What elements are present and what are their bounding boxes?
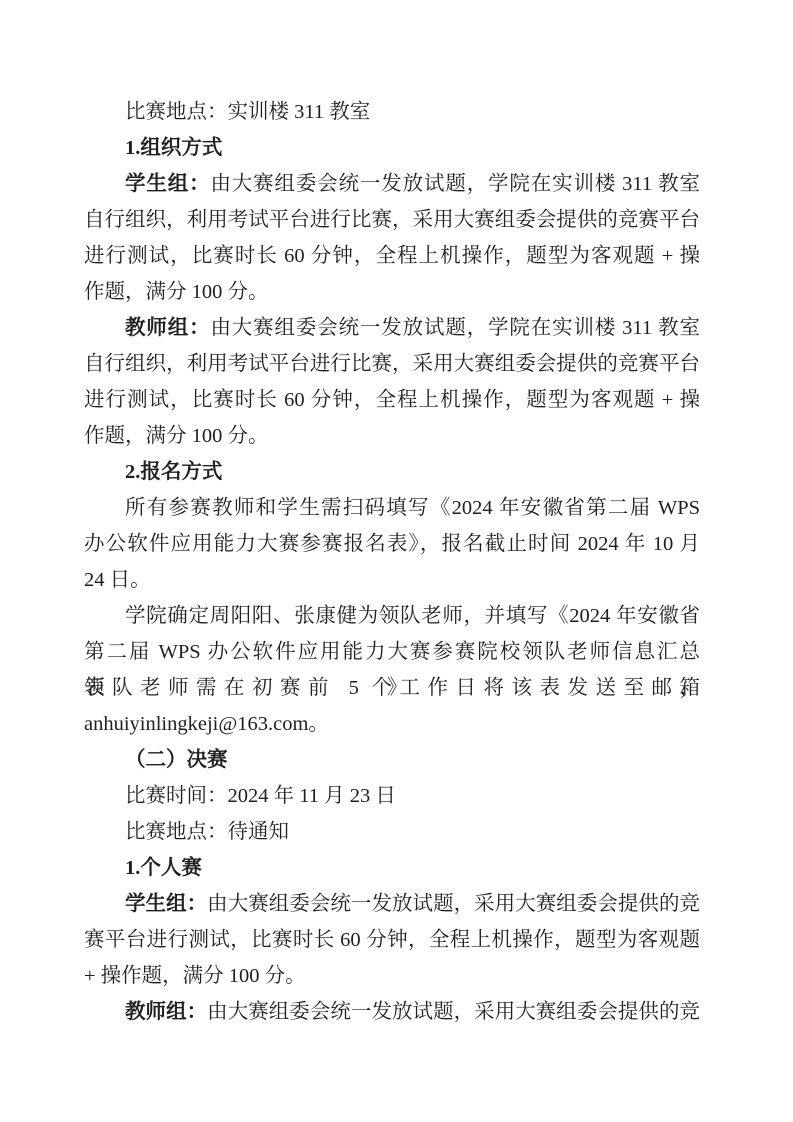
text-line: 学生组：由大赛组委会统一发放试题，学院在实训楼 311 教室 xyxy=(84,166,700,202)
text-line: 比赛地点：实训楼 311 教室 xyxy=(84,94,700,130)
text-line: 1.个人赛 xyxy=(84,850,700,886)
bold-text-segment: （二）决赛 xyxy=(125,749,228,771)
body-text-segment: 作题，满分 100 分。 xyxy=(84,425,269,447)
text-line: 进行测试，比赛时长 60 分钟，全程上机操作，题型为客观题 + 操 xyxy=(84,382,700,418)
body-text-segment: 进行测试，比赛时长 60 分钟，全程上机操作，题型为客观题 + 操 xyxy=(84,389,700,411)
text-line: 学生组：由大赛组委会统一发放试题，采用大赛组委会提供的竞 xyxy=(84,886,700,922)
document-body: 比赛地点：实训楼 311 教室1.组织方式学生组：由大赛组委会统一发放试题，学院… xyxy=(84,94,700,1030)
body-text-segment: 24 日。 xyxy=(84,569,151,591)
body-text-segment: 自行组织，利用考试平台进行比赛，采用大赛组委会提供的竞赛平台 xyxy=(84,353,700,375)
body-text-segment: + 操作题，满分 100 分。 xyxy=(84,965,306,987)
text-line: 1.组织方式 xyxy=(84,130,700,166)
document-page: 比赛地点：实训楼 311 教室1.组织方式学生组：由大赛组委会统一发放试题，学院… xyxy=(0,0,793,1122)
body-text-segment: 比赛地点：待通知 xyxy=(125,821,289,843)
bold-text-segment: 1.组织方式 xyxy=(125,137,222,159)
body-text-segment: 所有参赛教师和学生需扫码填写《2024 年安徽省第二届 WPS xyxy=(125,497,700,519)
body-text-segment: 比赛时间：2024 年 11 月 23 日 xyxy=(125,785,396,807)
text-line: 教师组：由大赛组委会统一发放试题，学院在实训楼 311 教室 xyxy=(84,310,700,346)
body-text-segment: 领队老师需在初赛前 5 个工作日将该表发送至邮箱 xyxy=(84,677,700,699)
body-text-segment: 由大赛组委会统一发放试题，采用大赛组委会提供的竞 xyxy=(207,893,700,915)
text-line: （二）决赛 xyxy=(84,742,700,778)
body-text-segment: 赛平台进行测试，比赛时长 60 分钟，全程上机操作，题型为客观题 xyxy=(84,929,700,951)
body-text-segment: 学院确定周阳阳、张康健为领队老师，并填写《2024 年安徽省 xyxy=(125,605,700,627)
text-line: anhuiyinlingkeji@163.com。 xyxy=(84,706,700,742)
bold-text-segment: 学生组： xyxy=(125,173,210,195)
text-line: 进行测试，比赛时长 60 分钟，全程上机操作，题型为客观题 + 操 xyxy=(84,238,700,274)
bold-text-segment: 2.报名方式 xyxy=(125,461,222,483)
text-line: 教师组：由大赛组委会统一发放试题，采用大赛组委会提供的竞 xyxy=(84,994,700,1030)
text-line: 赛平台进行测试，比赛时长 60 分钟，全程上机操作，题型为客观题 xyxy=(84,922,700,958)
text-line: 第二届 WPS 办公软件应用能力大赛参赛院校领队老师信息汇总表》， xyxy=(84,634,700,670)
body-text-segment: anhuiyinlingkeji@163.com。 xyxy=(84,713,329,735)
body-text-segment: 办公软件应用能力大赛参赛报名表》，报名截止时间 2024 年 10 月 xyxy=(84,533,700,555)
text-line: 自行组织，利用考试平台进行比赛，采用大赛组委会提供的竞赛平台 xyxy=(84,346,700,382)
text-line: 作题，满分 100 分。 xyxy=(84,418,700,454)
body-text-segment: 由大赛组委会统一发放试题，学院在实训楼 311 教室 xyxy=(210,173,700,195)
body-text-segment: 由大赛组委会统一发放试题，采用大赛组委会提供的竞 xyxy=(207,1001,700,1023)
text-line: 所有参赛教师和学生需扫码填写《2024 年安徽省第二届 WPS xyxy=(84,490,700,526)
bold-text-segment: 学生组： xyxy=(125,893,207,915)
bold-text-segment: 教师组： xyxy=(125,317,210,339)
body-text-segment: 自行组织，利用考试平台进行比赛，采用大赛组委会提供的竞赛平台 xyxy=(84,209,700,231)
bold-text-segment: 1.个人赛 xyxy=(125,857,202,879)
body-text-segment: 进行测试，比赛时长 60 分钟，全程上机操作，题型为客观题 + 操 xyxy=(84,245,700,267)
text-line: 作题，满分 100 分。 xyxy=(84,274,700,310)
body-text-segment: 由大赛组委会统一发放试题，学院在实训楼 311 教室 xyxy=(210,317,700,339)
text-line: 比赛时间：2024 年 11 月 23 日 xyxy=(84,778,700,814)
text-line: 办公软件应用能力大赛参赛报名表》，报名截止时间 2024 年 10 月 xyxy=(84,526,700,562)
text-line: + 操作题，满分 100 分。 xyxy=(84,958,700,994)
text-line: 学院确定周阳阳、张康健为领队老师，并填写《2024 年安徽省 xyxy=(84,598,700,634)
body-text-segment: 作题，满分 100 分。 xyxy=(84,281,269,303)
text-line: 领队老师需在初赛前 5 个工作日将该表发送至邮箱 xyxy=(84,670,700,706)
text-line: 24 日。 xyxy=(84,562,700,598)
body-text-segment: 比赛地点：实训楼 311 教室 xyxy=(125,101,370,123)
bold-text-segment: 教师组： xyxy=(125,1001,207,1023)
text-line: 2.报名方式 xyxy=(84,454,700,490)
text-line: 自行组织，利用考试平台进行比赛，采用大赛组委会提供的竞赛平台 xyxy=(84,202,700,238)
text-line: 比赛地点：待通知 xyxy=(84,814,700,850)
